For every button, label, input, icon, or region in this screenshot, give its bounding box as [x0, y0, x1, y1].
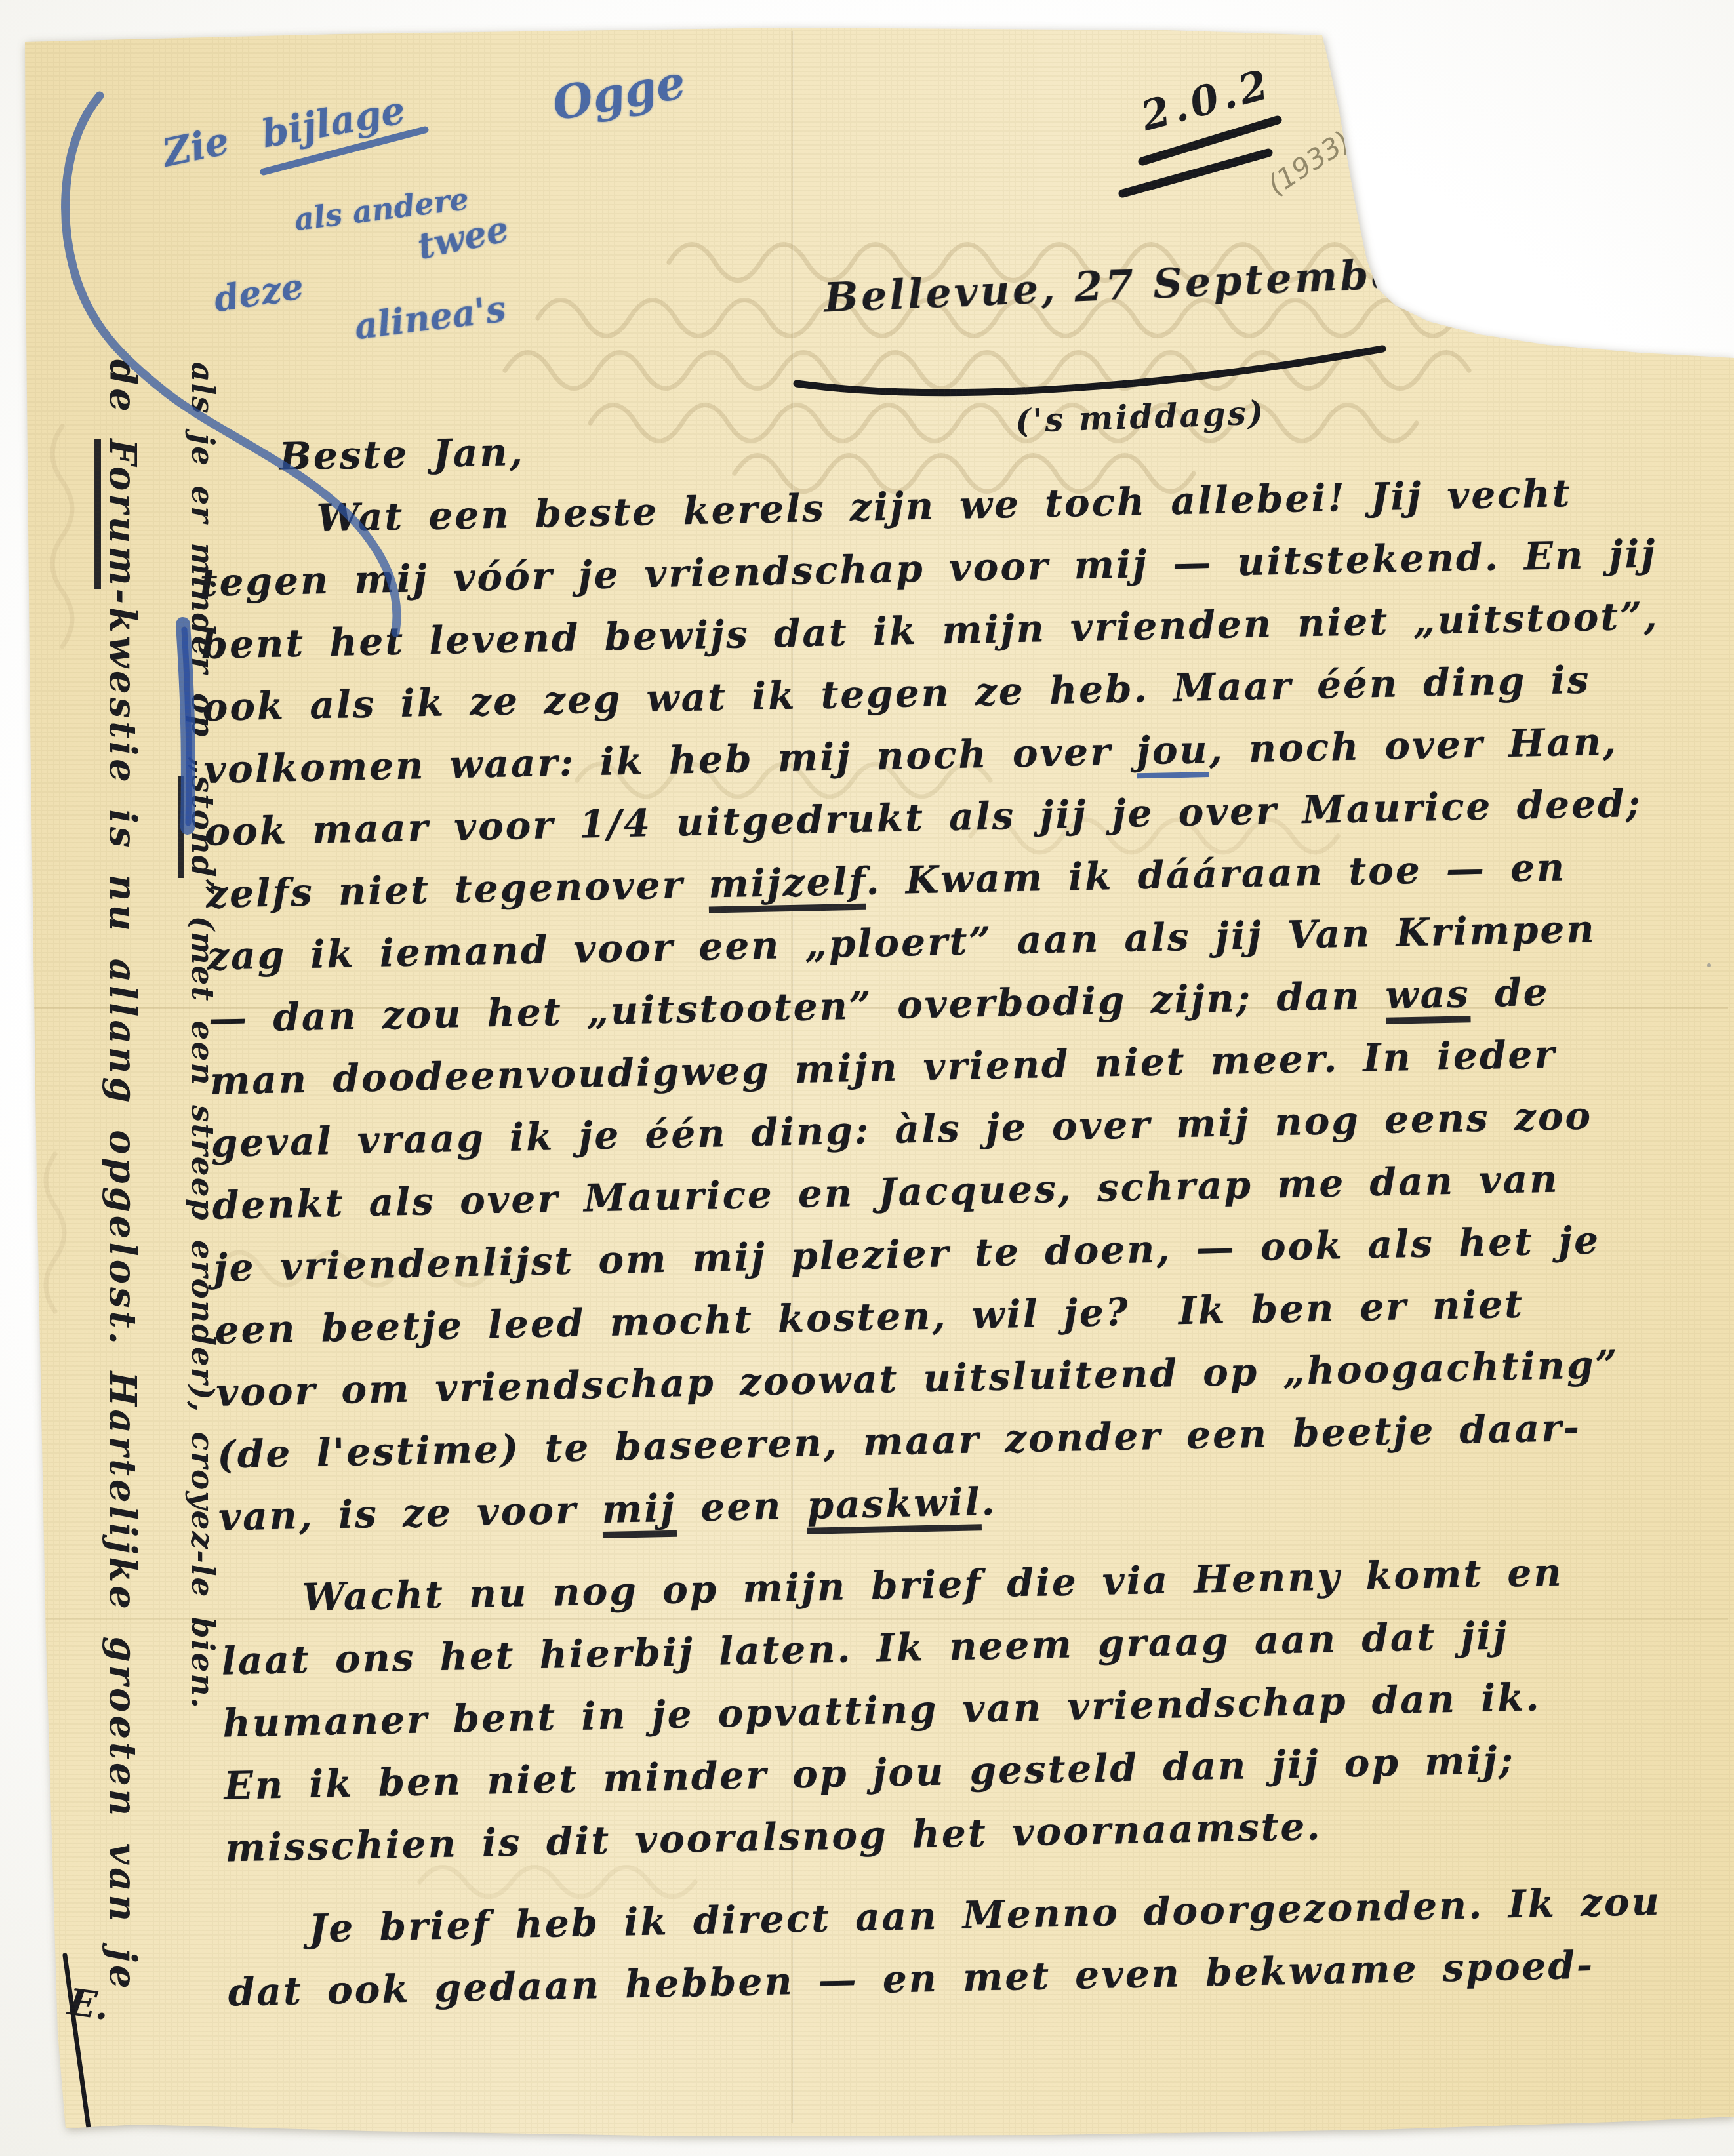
- handwriting-segment: de: [101, 359, 144, 439]
- handwriting-segment: paskwil: [807, 1479, 982, 1534]
- letter-line: voor om vriendschap zoowat uitsluitend o…: [216, 1331, 1734, 1424]
- letter-dateline: Bellevue, 27 September.: [823, 248, 1438, 321]
- handwriting-segment: ook als ik ze zeg wat ik tegen ze heb. M…: [202, 657, 1591, 729]
- letter-line: ook maar voor 1/4 uitgedrukt als jij je …: [204, 770, 1734, 864]
- handwriting-segment: — dan zou het „uitstooten” overbodig zij…: [208, 973, 1386, 1041]
- handwriting-segment: humaner bent in je opvatting van vriends…: [222, 1675, 1541, 1746]
- handwriting-segment: (de l'estime) te baseeren, maar zonder e…: [217, 1405, 1582, 1477]
- letter-line: zag ik iemand voor een „ploert” aan als …: [207, 895, 1734, 988]
- handwriting-segment: een beetje leed mocht kosten, wil je? Ik…: [214, 1282, 1525, 1353]
- blue-annotation-twee: twee: [414, 207, 512, 268]
- handwriting-segment: misschien is dit vooralsnog het voornaam…: [225, 1804, 1322, 1871]
- blue-annotation-alineas: alinea's: [352, 287, 508, 348]
- handwriting-segment: voor om vriendschap zoowat uitsluitend o…: [216, 1342, 1620, 1415]
- letter-body: Beste Jan,Wat een beste kerels zijn we t…: [197, 397, 1734, 2024]
- pencil-year-annotation: (1933): [1262, 125, 1356, 201]
- blue-annotation-zie: Zie: [159, 118, 233, 176]
- handwriting-segment: Je brief heb ik direct aan Menno doorgez…: [308, 1879, 1661, 1951]
- paper-sheet: 2.0.2 (1933) Bellevue, 27 September. ('s…: [0, 0, 1734, 2156]
- handwriting-segment: , noch over Han,: [1209, 719, 1619, 772]
- handwriting-segment: van, is ze voor: [218, 1487, 603, 1540]
- letter-time-note: ('s middags): [1015, 393, 1266, 440]
- handwriting-segment: tegen mij vóór je vriendschap voor mij —…: [199, 531, 1657, 605]
- blue-annotation-scrawl: Ogge: [548, 54, 689, 131]
- handwriting-segment: een: [676, 1483, 808, 1530]
- handwriting-segment: dat ook gedaan hebben — en met even bekw…: [228, 1943, 1594, 2015]
- handwriting-segment: . Kwam ik dááraan toe — en: [866, 845, 1567, 903]
- letter-line: (de l'estime) te baseeren, maar zonder e…: [217, 1393, 1734, 1487]
- handwriting-segment: .: [981, 1479, 998, 1524]
- paper-sheet-wrap: 2.0.2 (1933) Bellevue, 27 September. ('s…: [0, 0, 1734, 2156]
- handwriting-segment: was: [1385, 971, 1471, 1024]
- letter-line: denkt als over Maurice en Jacques, schra…: [212, 1144, 1734, 1237]
- letter-line: Beste Jan,: [197, 397, 1734, 490]
- scanned-letter-page: 2.0.2 (1933) Bellevue, 27 September. ('s…: [0, 0, 1734, 2156]
- handwriting-segment: laat ons het hierbij laten. Ik neem graa…: [221, 1613, 1509, 1683]
- letter-line: ook als ik ze zeg wat ik tegen ze heb. M…: [202, 646, 1734, 739]
- letter-line: je vriendenlijst om mij plezier te doen,…: [213, 1207, 1734, 1300]
- handwriting-segment: je vriendenlijst om mij plezier te doen,…: [213, 1218, 1601, 1290]
- handwriting-segment: Beste Jan,: [279, 429, 525, 479]
- letter-line: dat ook gedaan hebben — en met even bekw…: [228, 1930, 1734, 2024]
- handwriting-segment: ” (met een streep eronder), croyez-le bi…: [184, 878, 220, 1709]
- letter-line: En ik ben niet minder op jou gesteld dan…: [224, 1724, 1734, 1817]
- letter-line: bent het levend bewijs dat ik mijn vrien…: [201, 584, 1734, 677]
- letter-line: volkomen waar: ik heb mij noch over jou,…: [203, 708, 1734, 801]
- letter-line: — dan zou het „uitstooten” overbodig zij…: [208, 957, 1734, 1050]
- letter-line: man doodeenvoudigweg mijn vriend niet me…: [209, 1020, 1734, 1113]
- ink-bleedthrough-ghost: [0, 0, 1734, 2156]
- handwriting-segment: geval vraag ik je één ding: àls je over …: [211, 1094, 1593, 1166]
- handwriting-segment: zag ik iemand voor een „ploert” aan als …: [207, 906, 1597, 978]
- letter-line: Je brief heb ik direct aan Menno doorgez…: [226, 1868, 1734, 1961]
- handwriting-segment: Forum: [94, 439, 144, 589]
- letter-line: laat ons het hierbij laten. Ik neem graa…: [221, 1599, 1734, 1692]
- letter-line: een beetje leed mocht kosten, wil je? Ik…: [214, 1269, 1734, 1362]
- handwriting-segment: jou: [1136, 727, 1209, 778]
- handwriting-segment: mij: [601, 1486, 677, 1538]
- horizontal-fold-crease: [30, 1007, 1728, 1009]
- letter-line: Wacht nu nog op mijn brief die via Henny…: [220, 1537, 1734, 1630]
- handwriting-segment: de: [1470, 970, 1550, 1016]
- letter-line: Wat een beste kerels zijn we toch allebe…: [198, 459, 1734, 552]
- archive-number: 2.0.2: [1136, 60, 1277, 140]
- dust-specks: [1438, 77, 1711, 967]
- margin-note-outer: de Forum-kwestie is nu allang opgelost. …: [101, 359, 144, 1992]
- handwriting-segment: Wacht nu nog op mijn brief die via Henny…: [302, 1550, 1563, 1620]
- letter-line: tegen mij vóór je vriendschap voor mij —…: [199, 521, 1734, 614]
- signature-initial: E.: [66, 1980, 112, 2029]
- handwriting-segment: bent het levend bewijs dat ik mijn vrien…: [201, 593, 1659, 668]
- letter-line: humaner bent in je opvatting van vriends…: [222, 1662, 1734, 1755]
- handwriting-segment: En ik ben niet minder op jou gesteld dan…: [224, 1738, 1516, 1808]
- blue-annotation-deze: deze: [211, 265, 306, 321]
- handwriting-segment: denkt als over Maurice en Jacques, schra…: [212, 1157, 1560, 1228]
- margin-note-inner: als je er minder op „stond” (met een str…: [184, 362, 220, 1709]
- handwriting-segment: Wat een beste kerels zijn we toch allebe…: [316, 471, 1572, 540]
- letter-line: geval vraag ik je één ding: àls je over …: [211, 1082, 1734, 1175]
- handwriting-segment: als je er minder op „: [184, 362, 220, 776]
- letter-line: misschien is dit vooralsnog het voornaam…: [225, 1786, 1734, 1879]
- blue-annotation-bijlage: bijlage: [258, 87, 409, 156]
- letter-line: zelfs niet tegenover mijzelf. Kwam ik dá…: [205, 833, 1734, 926]
- vertical-fold-crease: [791, 31, 794, 2123]
- handwriting-segment: stond: [178, 776, 220, 879]
- handwriting-segment: ook maar voor 1/4 uitgedrukt als jij je …: [205, 781, 1643, 854]
- handwriting-segment: zelfs niet tegenover: [206, 862, 709, 916]
- handwriting-segment: man doodeenvoudigweg mijn vriend niet me…: [209, 1032, 1556, 1104]
- blue-annotation-als-andere: als andere: [292, 181, 471, 237]
- ink-strokes-overlay: [0, 0, 1734, 2156]
- handwriting-segment: volkomen waar: ik heb mij noch over: [203, 729, 1137, 792]
- horizontal-fold-crease: [30, 1618, 1728, 1620]
- handwriting-segment: mijzelf: [708, 859, 867, 913]
- letter-line: van, is ze voor mij een paskwil.: [218, 1456, 1734, 1549]
- handwriting-segment: -kwestie is nu allang opgelost. Hartelij…: [101, 589, 144, 1992]
